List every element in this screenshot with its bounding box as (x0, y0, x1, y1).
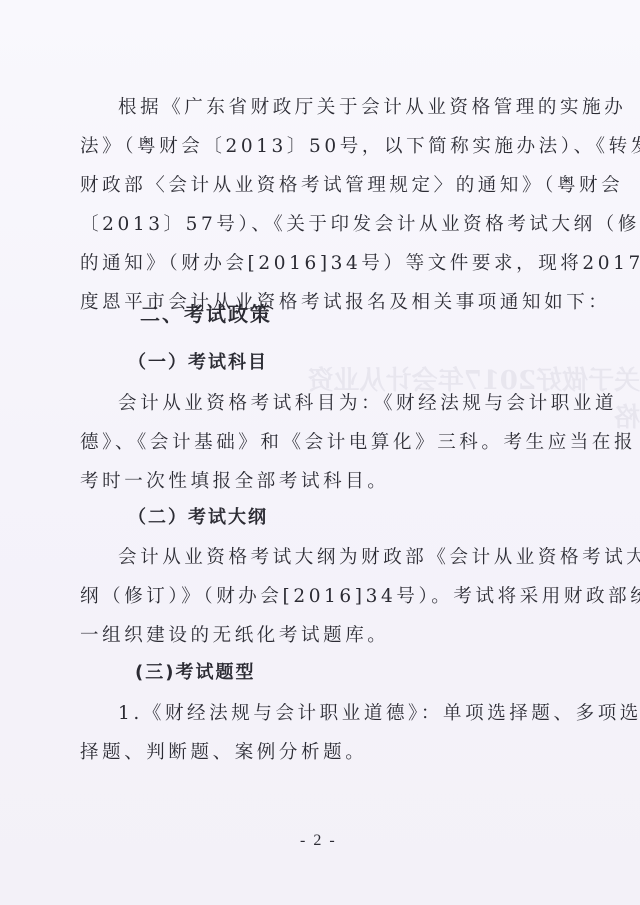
question-types-line-2: 择题、判断题、案例分析题。 (80, 741, 560, 765)
intro-line-4: 〔2013〕57号）、《关于印发会计从业资格考试大纲（修订） (80, 213, 560, 237)
subheading-question-types: (三)考试题型 (135, 658, 255, 684)
subjects-line-2: 德》、《会计基础》和《会计电算化》三科。考生应当在报 (80, 431, 560, 455)
intro-line-3: 财政部〈会计从业资格考试管理规定〉的通知》（粤财会 (80, 174, 560, 198)
outline-line-1: 会计从业资格考试大纲为财政部《会计从业资格考试大 (118, 546, 560, 570)
intro-line-1: 根据《广东省财政厅关于会计从业资格管理的实施办 (118, 96, 560, 120)
outline-line-2: 纲（修订）》（财办会[2016]34号）。考试将采用财政部统 (80, 585, 560, 609)
subjects-line-1: 会计从业资格考试科目为：《财经法规与会计职业道 (118, 392, 560, 416)
subheading-exam-outline: （二）考试大纲 (128, 503, 268, 529)
intro-line-2: 法》（粤财会〔2013〕50号，以下简称实施办法）、《转发 (80, 135, 560, 159)
outline-line-3: 一组织建设的无纸化考试题库。 (80, 624, 560, 648)
document-page: 关于做好2017年会计从业资格 根据《广东省财政厅关于会计从业资格管理的实施办 … (0, 0, 640, 905)
subheading-exam-subjects: （一）考试科目 (128, 348, 268, 374)
section-heading-exam-policy: 二、考试政策 (140, 298, 272, 327)
question-types-line-1: 1.《财经法规与会计职业道德》：单项选择题、多项选 (118, 702, 560, 726)
intro-line-5: 的通知》（财办会[2016]34号）等文件要求，现将2017年 (80, 252, 560, 276)
subjects-line-3: 考时一次性填报全部考试科目。 (80, 470, 560, 494)
page-number: - 2 - (300, 832, 337, 850)
